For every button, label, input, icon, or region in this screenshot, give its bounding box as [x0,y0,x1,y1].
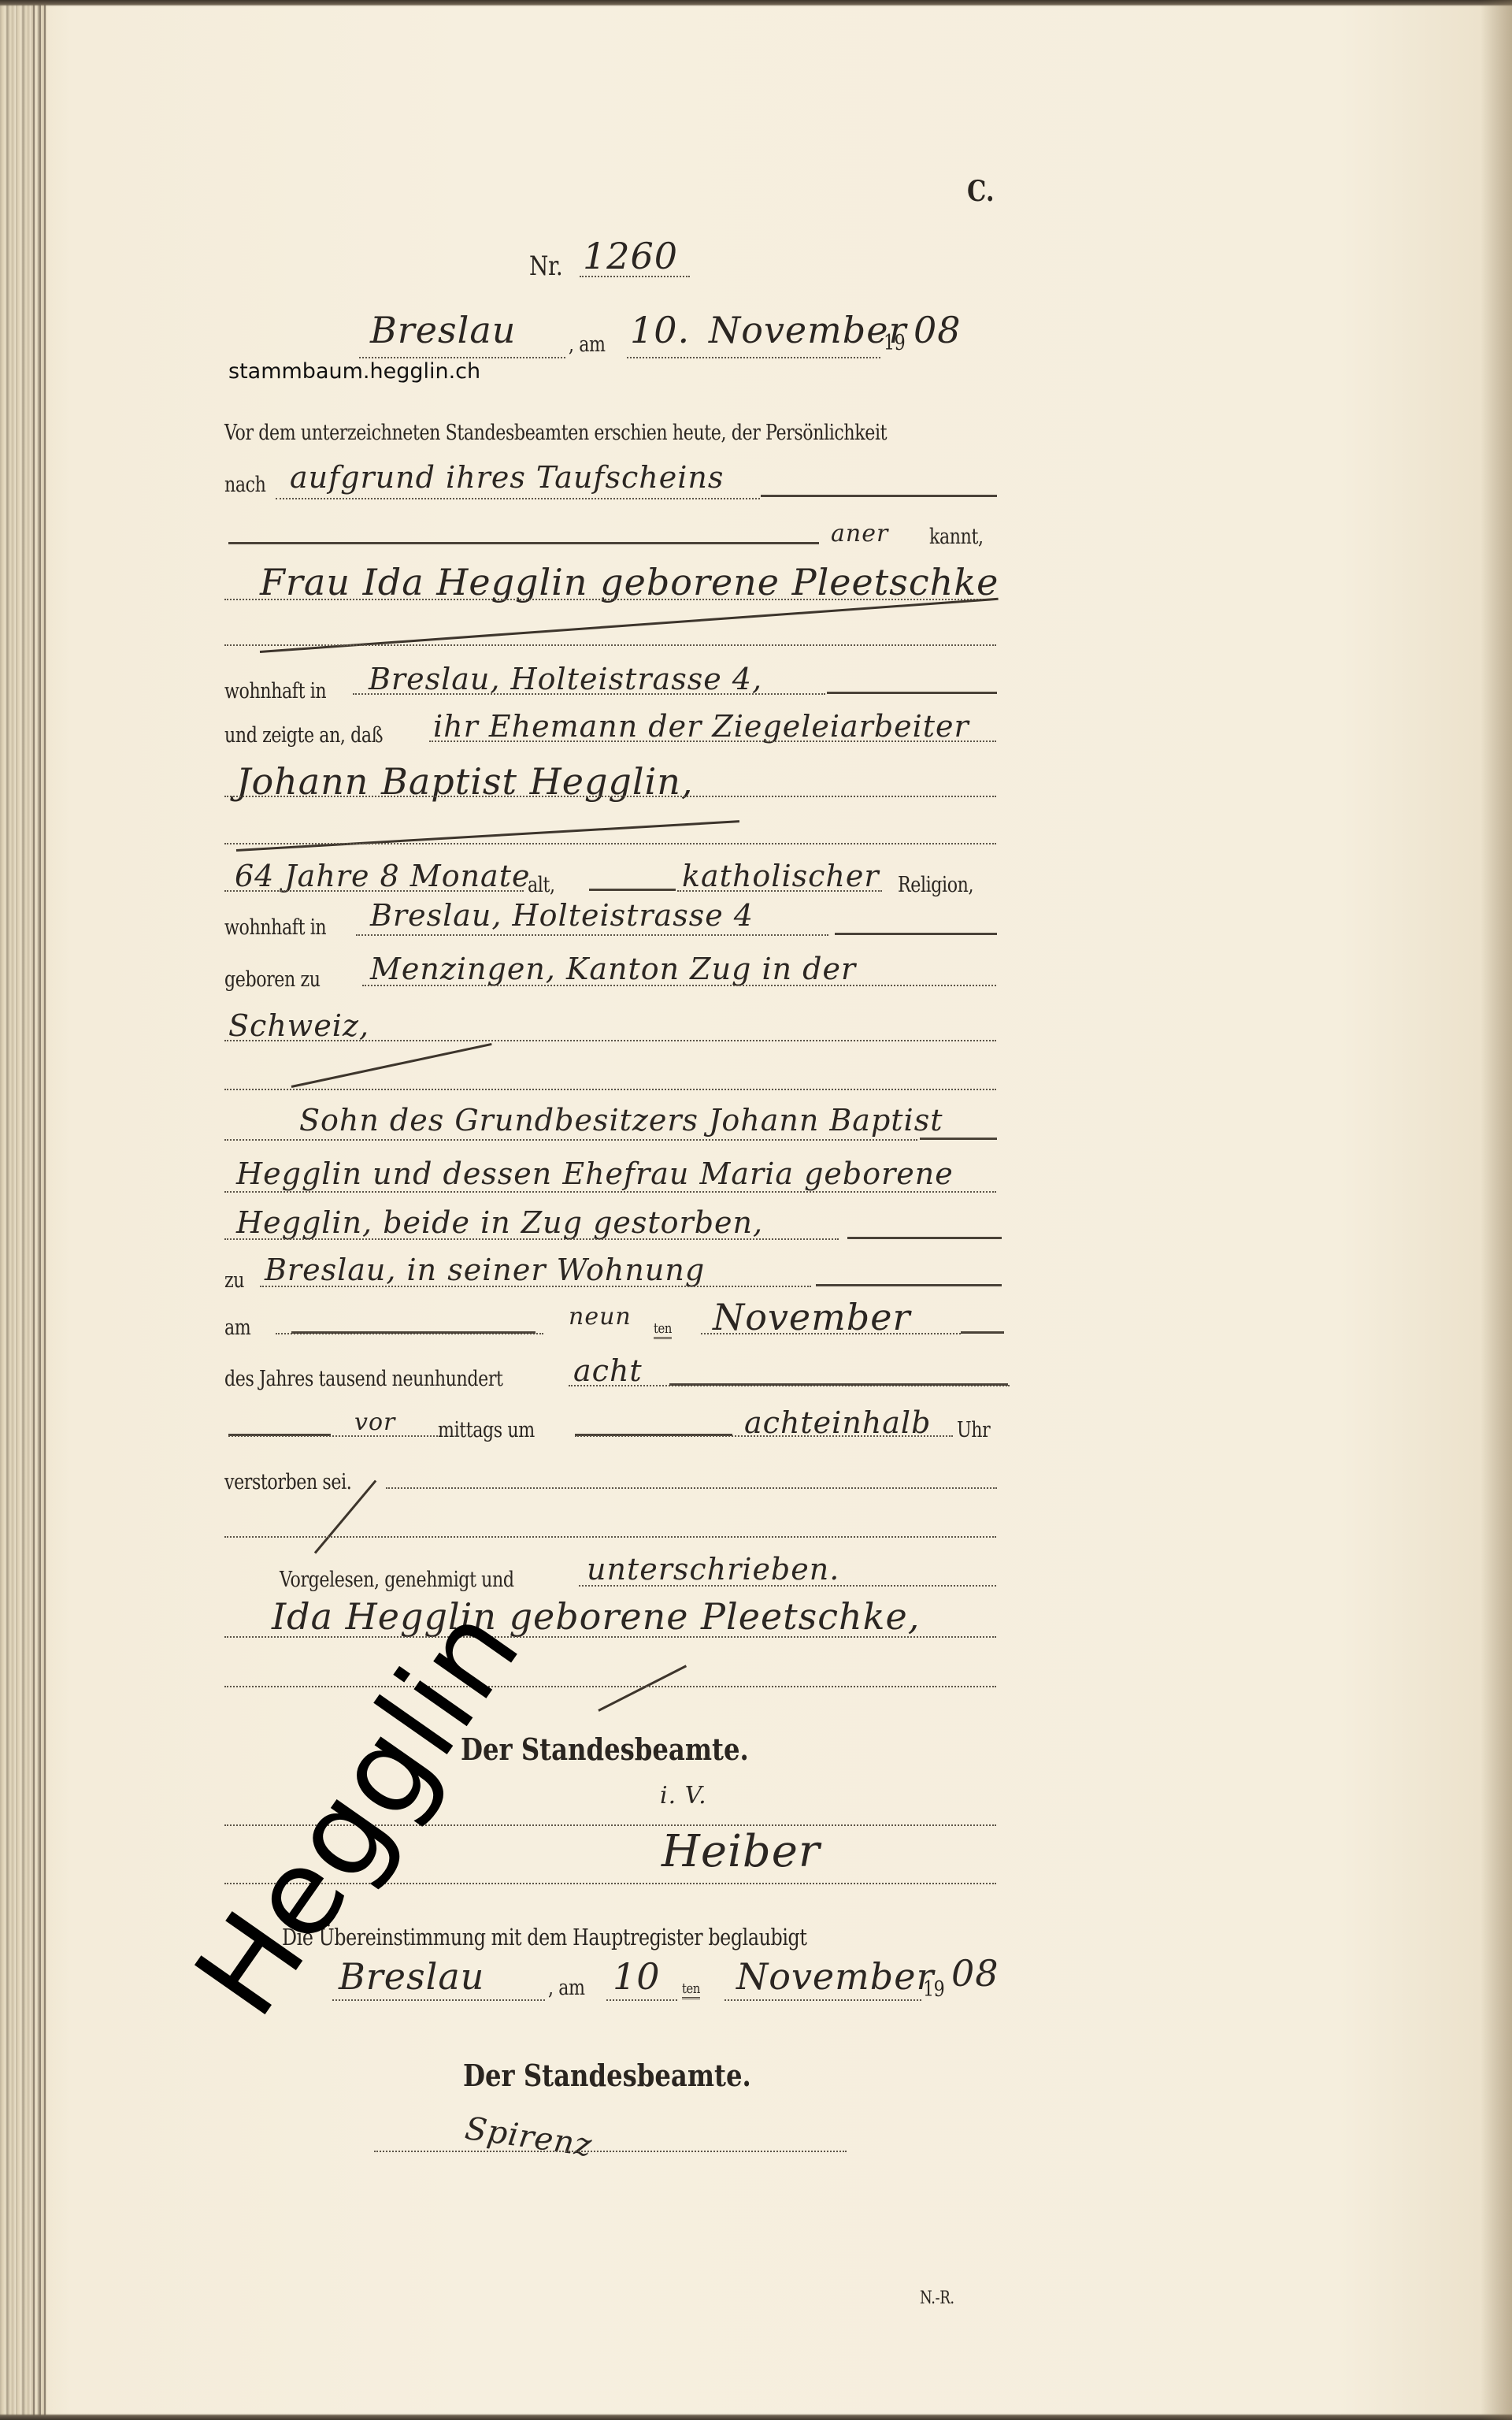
dotted-line [332,1999,545,2001]
wohnhaft2-value: Breslau, Holteistrasse 4 [370,898,754,933]
mittags-value: vor [354,1409,395,1436]
filler-rule [827,692,997,694]
cert-month: November [736,1955,934,1998]
religion-value: katholischer [682,859,880,893]
geboren-value-2: Schweiz, [228,1008,369,1043]
dotted-line [429,740,996,742]
cert-place: Breslau [339,1955,484,1998]
dotted-line [224,1238,839,1240]
cert-ten-suffix: ten [682,1980,700,1999]
official-signature: Heiber [661,1826,821,1877]
binding-line [44,0,46,2420]
dotted-line [724,1999,921,2001]
zu-label: zu [224,1268,244,1293]
site-watermark: stammbaum.hegglin.ch [228,359,480,384]
intro-text: Vor dem unterzeichneten Standesbeamten e… [224,421,887,445]
nach-value: aufgrund ihres Taufscheins [290,460,724,495]
filler-rule [835,933,997,935]
cert-day: 10 [613,1955,661,1998]
zu-value: Breslau, in seiner Wohnung [265,1253,705,1287]
year-prefix: 19 [884,331,905,355]
dotted-line [224,1139,917,1141]
in-vertretung: i. V. [660,1782,707,1809]
footer-mark: N.-R. [920,2288,954,2308]
dotted-line [580,276,690,277]
dotted-line [356,934,828,936]
strike-line [236,820,739,852]
filler-rule [291,1331,535,1334]
informant-signature: Ida Hegglin geborene Pleetschke, [272,1595,920,1638]
zeigte-label: und zeigte an, daß [224,723,383,748]
dotted-line [224,1636,996,1638]
dotted-line [353,693,825,695]
register-page: C. Nr. 1260 Breslau , am 10. November 19… [0,0,1512,2420]
filler-rule [669,1383,1008,1386]
mittags-text: mittags um [438,1418,535,1442]
dotted-line [224,1686,996,1687]
binding-line [33,0,35,2420]
date-day: 10. [630,309,690,351]
nach-label: nach [224,473,265,497]
am-label: , am [569,332,606,357]
death-day: neun [569,1303,632,1331]
dotted-line [359,357,565,358]
strike-line [598,1665,687,1711]
alt-text: alt, [528,873,555,897]
parents-line-3: Hegglin, beide in Zug gestorben, [236,1205,763,1240]
dotted-line [677,890,882,892]
wohnhaft-label: wohnhaft in [224,679,326,703]
uhr-text: Uhr [957,1418,990,1442]
dotted-line [276,498,760,499]
parents-line-1: Sohn des Grundbesitzers Johann Baptist [299,1103,943,1138]
parents-line-2: Hegglin und dessen Ehefrau Maria geboren… [236,1156,954,1191]
dotted-line [260,1286,811,1287]
certification-text: Die Übereinstimmung mit dem Hauptregiste… [282,1924,806,1950]
official-heading: Der Standesbeamte. [461,1731,749,1767]
dotted-line [224,599,996,600]
dotted-line [575,1435,953,1437]
filler-rule [816,1284,1002,1286]
dotted-line [224,1536,996,1538]
cert-year-suffix: 08 [951,1952,999,1995]
page-bottom-edge [0,2414,1512,2420]
dotted-line [224,1089,996,1090]
age-value: 64 Jahre 8 Monate [235,859,530,893]
date-month: November [709,309,906,351]
filler-rule [761,495,997,497]
wohnhaft2-label: wohnhaft in [224,915,326,940]
dotted-line [362,985,996,986]
filler-rule [920,1138,997,1140]
filler-rule [847,1237,1002,1239]
jahres-text: des Jahres tausend neunhundert [224,1367,502,1391]
dotted-line [224,1040,996,1041]
anerkannt-text: kannt, [929,525,984,549]
dotted-line [224,796,996,797]
filler-rule [589,889,676,891]
verstorben-text: verstorben sei. [224,1470,351,1494]
binding-line [39,0,41,2420]
vorgelesen-text: Vorgelesen, genehmigt und [280,1568,514,1592]
page-right-shadow [1480,0,1512,2420]
corner-mark: C. [967,175,994,208]
dotted-line [228,1435,441,1437]
geboren-value: Menzingen, Kanton Zug in der [370,952,856,986]
filler-rule [228,542,819,544]
filler-rule [961,1331,1004,1334]
dotted-line [627,357,880,358]
geboren-label: geboren zu [224,967,321,992]
register-number: 1260 [583,235,678,277]
year-suffix: 08 [913,309,962,351]
cert-am: , am [548,1976,585,2000]
dotted-line [386,1487,997,1489]
dotted-line [224,890,524,892]
dotted-line [224,843,996,844]
cert-official-heading: Der Standesbeamte. [463,2058,751,2093]
number-label: Nr. [529,251,562,282]
place-value: Breslau [370,309,516,351]
death-month: November [713,1296,910,1338]
wohnhaft-value: Breslau, Holteistrasse 4, [369,662,762,696]
dotted-line [701,1333,961,1334]
page-top-edge [0,0,1512,6]
religion-label: Religion, [898,873,973,897]
strike-line [291,1043,492,1088]
cert-year-prefix: 19 [923,1977,944,2002]
ten-suffix: ten [654,1320,672,1339]
informant-name: Frau Ida Hegglin geborene Pleetschke [260,561,999,603]
dotted-line [224,644,996,646]
am-label: am [224,1316,250,1340]
cert-official-signature: Spirenz [463,2110,595,2164]
death-year: acht [573,1353,643,1388]
dotted-line [374,2151,847,2152]
anerkannt-value: aner [831,520,888,547]
zeigte-value: ihr Ehemann der Ziegeleiarbeiter [433,709,969,744]
dotted-line [224,1191,996,1193]
dotted-line [606,1999,677,2001]
dotted-line [579,1585,996,1587]
vorgelesen-value: unterschrieben. [587,1552,839,1587]
